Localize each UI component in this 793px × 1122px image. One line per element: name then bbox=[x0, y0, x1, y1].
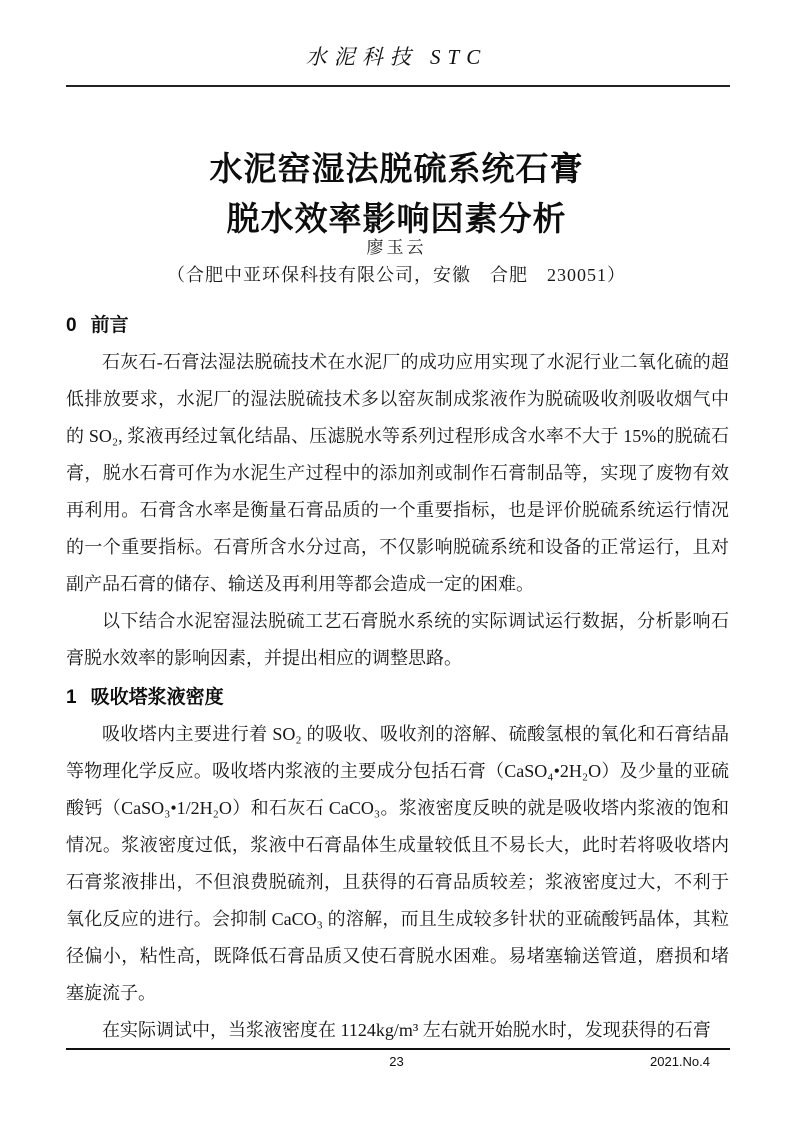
section-heading-label: 吸收塔浆液密度 bbox=[91, 687, 224, 708]
article-title: 水泥窑湿法脱硫系统石膏 脱水效率影响因素分析 bbox=[0, 144, 793, 244]
section-slurry-density: 1吸收塔浆液密度 吸收塔内主要进行着 SO₂ 的吸收、吸收剂的溶解、硫酸氢根的氧… bbox=[66, 683, 729, 1049]
section-foreword: 0前言 石灰石-石膏法湿法脱硫技术在水泥厂的成功应用实现了水泥行业二氧化硫的超低… bbox=[66, 311, 729, 677]
paragraph: 石灰石-石膏法湿法脱硫技术在水泥厂的成功应用实现了水泥行业二氧化硫的超低排放要求… bbox=[66, 344, 729, 603]
footer-divider-line bbox=[66, 1048, 730, 1050]
journal-header-title: 水泥科技 STC bbox=[0, 41, 793, 71]
document-page: 水泥科技 STC 水泥窑湿法脱硫系统石膏 脱水效率影响因素分析 廖玉云 （合肥中… bbox=[0, 0, 793, 1122]
section-heading-label: 前言 bbox=[91, 315, 129, 336]
author-affiliation: （合肥中亚环保科技有限公司，安徽 合肥 230051） bbox=[0, 261, 793, 287]
article-title-line1: 水泥窑湿法脱硫系统石膏 bbox=[210, 150, 584, 187]
section-number: 0 bbox=[66, 315, 77, 336]
header-divider-line bbox=[66, 85, 730, 87]
section-heading: 0前言 bbox=[66, 311, 729, 341]
article-title-line2: 脱水效率影响因素分析 bbox=[227, 200, 567, 237]
section-heading: 1吸收塔浆液密度 bbox=[66, 683, 729, 713]
footer-issue-label: 2021.No.4 bbox=[650, 1054, 710, 1069]
paragraph: 以下结合水泥窑湿法脱硫工艺石膏脱水系统的实际调试运行数据，分析影响石膏脱水效率的… bbox=[66, 603, 729, 677]
section-number: 1 bbox=[66, 687, 77, 708]
paragraph: 在实际调试中，当浆液密度在 1124kg/m³ 左右就开始脱水时，发现获得的石膏 bbox=[66, 1012, 729, 1049]
article-body: 0前言 石灰石-石膏法湿法脱硫技术在水泥厂的成功应用实现了水泥行业二氧化硫的超低… bbox=[66, 311, 729, 1049]
paragraph: 吸收塔内主要进行着 SO₂ 的吸收、吸收剂的溶解、硫酸氢根的氧化和石膏结晶等物理… bbox=[66, 716, 729, 1012]
author-name: 廖玉云 bbox=[0, 233, 793, 258]
